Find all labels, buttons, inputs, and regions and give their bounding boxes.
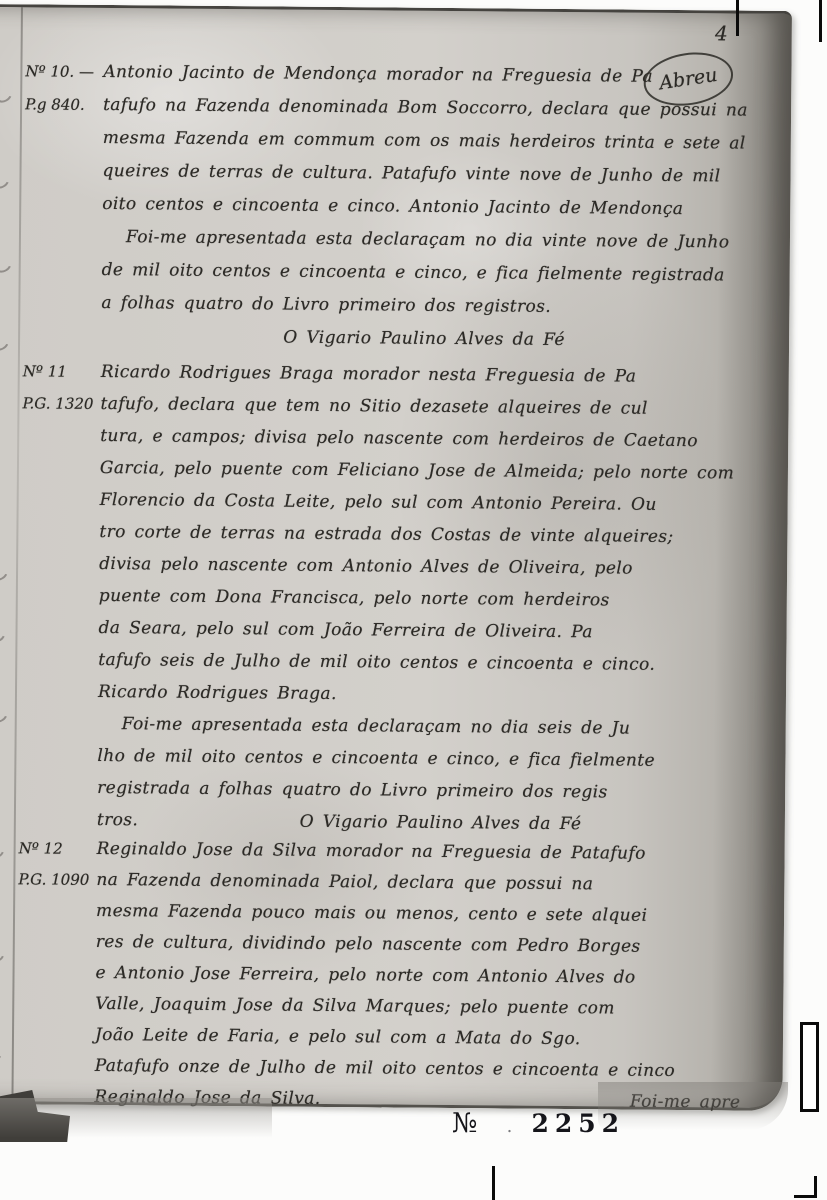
entry-number: Nº 11 [23,355,101,388]
entry-text: Ricardo Rodrigues Braga morador nesta Fr… [97,356,747,842]
entry-text: Antonio Jacinto de Mendonça morador na F… [101,56,750,359]
registry-entry-12: Nº 12 P.G. 1090 Reginaldo Jose da Silva … [0,833,743,1119]
entry-number: Nº 10. — [25,55,103,89]
margin-notes: Nº 12 P.G. 1090 [0,833,97,1113]
manuscript-page: 4 Abreu Nº 10. — P.g 840. Antonio Jacint… [0,4,792,1111]
entry-text: Reginaldo Jose da Silva morador na Fregu… [94,834,742,1119]
line-continuation: tros. [97,804,139,836]
entry-page-ref: P.g 840. [25,88,103,122]
registry-entry-11: Nº 11 P.G. 1320 Ricardo Rodrigues Braga … [0,355,747,842]
margin-notes: Nº 10. — P.g 840. [0,55,104,353]
corner-bracket-mark [794,1176,817,1198]
paper-edge-shading-right [598,1082,788,1130]
crop-mark-top-right [819,0,822,42]
manuscript-line: de mil oito centos e cincoenta e cinco, … [102,254,748,293]
entry-page-ref: P.G. 1090 [18,864,96,896]
numero-symbol: № [452,1108,478,1139]
crop-mark-bottom [492,1166,495,1200]
manuscript-line: mesma Fazenda em commum com os mais herd… [103,122,749,161]
folio-page-number: 4 [715,21,728,45]
entry-number: Nº 12 [18,833,96,865]
registry-entry-10: Nº 10. — P.g 840. Antonio Jacinto de Men… [0,55,750,359]
manuscript-line: Foi-me apresentada esta declaraçam no di… [102,221,748,260]
margin-notes: Nº 11 P.G. 1320 [0,355,101,836]
manuscript-line: a folhas quatro do Livro primeiro dos re… [101,287,747,326]
registration-rectangle-mark [800,1022,819,1112]
manuscript-line: Antonio Jacinto de Mendonça morador na F… [103,56,749,95]
manuscript-line: oito centos e cincoenta e cinco. Antonio… [102,188,748,227]
entry-page-ref: P.G. 1320 [22,387,100,420]
left-edge-fragments [0,7,792,14]
paper-edge-shading-left [0,1098,272,1138]
scanned-document: { "page": { "page_number": "4", "circled… [0,0,827,1200]
stamp-number: 2252 [531,1109,625,1138]
vicar-signature: O Vigario Paulino Alves da Fé [101,320,747,359]
crop-mark-top [736,0,739,36]
manuscript-line: tafufo na Fazenda denominada Bom Soccorr… [103,89,749,128]
archive-number-stamp: № . 2252 [452,1108,625,1139]
stamp-separator: . [507,1116,513,1137]
manuscript-line: queires de terras de cultura. Patafufo v… [102,155,748,194]
